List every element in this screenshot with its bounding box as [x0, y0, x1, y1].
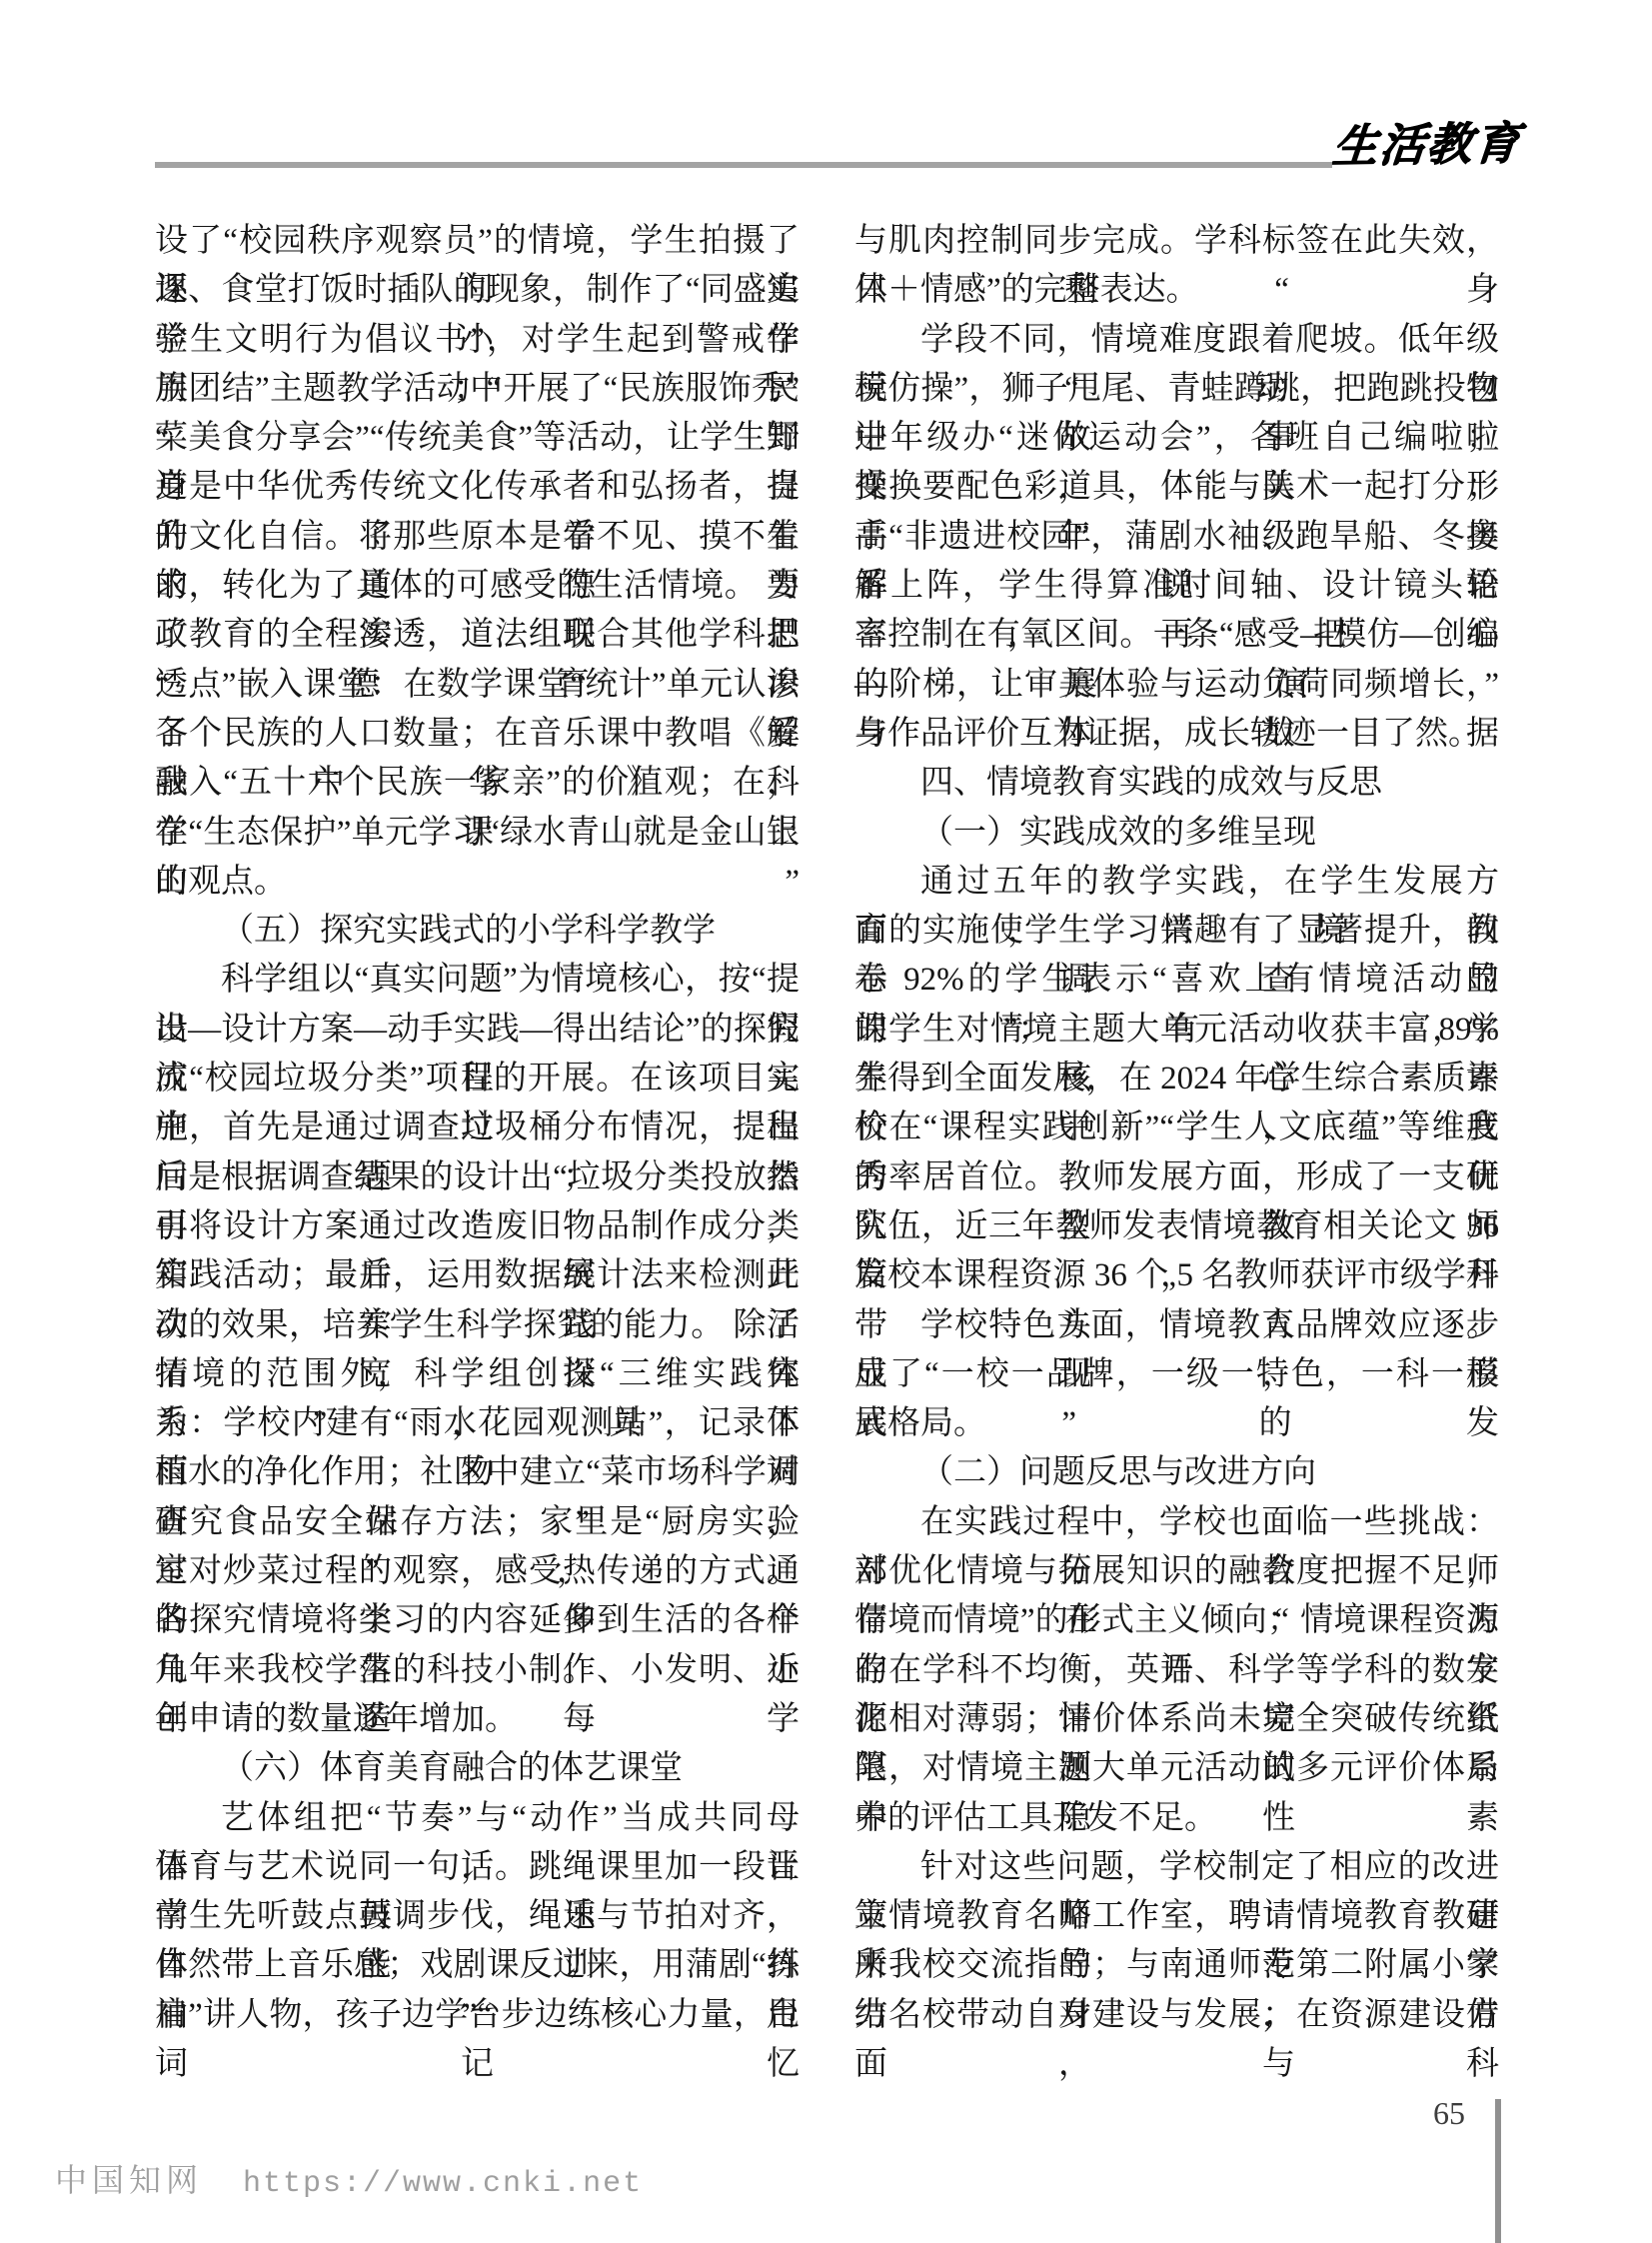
text-line: 设—设计方案—动手实践—得出结论”的探究流程完 [155, 1006, 800, 1055]
text-line: 政教育的全程渗透，道法组联合其他学科把“德育渗 [155, 611, 800, 660]
text-line: 袖”讲人物，孩子边学台步边练核心力量，台词记忆 [155, 1991, 800, 2040]
text-line: 实践活动；最后，运用数据统计法来检测此次实践活 [155, 1251, 800, 1300]
text-line: 情境的范围外，科学组创设“三维实践体系”，具体 [155, 1350, 800, 1399]
text-line: 存在学科不均衡，英语、科学等学科的数字化情境资 [854, 1646, 1499, 1695]
text-line: 发校本课程资源 36 个,5 名教师获评市级学科带头人。 [854, 1251, 1499, 1300]
text-line: 育的实施使学生学习兴趣有了显著提升，问卷调查显 [854, 907, 1499, 956]
text-line: 自然带上音乐感；戏剧课反过来，用蒲剧“抖肩”“甩 [155, 1941, 800, 1990]
text-line: 透点”嵌入课堂：在数学课堂“统计”单元认识了解 [155, 661, 800, 710]
text-line: 秀率居首位。教师发展方面，形成了一支研究型教师 [854, 1153, 1499, 1202]
text-line: （二）问题反思与改进方向 [854, 1448, 1499, 1497]
text-line: 学校特色方面，情境教育品牌效应逐步显现，形 [854, 1301, 1499, 1350]
page-number-bar [1495, 2099, 1501, 2243]
text-line: 几年来我校学生的科技小制作、小发明、小创造每学 [155, 1646, 800, 1695]
text-line: 来我校交流指导；与南通师范第二附属小学结对，借 [854, 1941, 1499, 1990]
text-line: 为：学校内建有“雨水花园观测站”，记录下植物对 [155, 1399, 800, 1448]
text-line: 菜美食分享会”“传统美食”等活动，让学生知道自 [155, 414, 800, 463]
text-line: 养得到全面发展，在 2024 年学生综合素质评价中，我 [854, 1055, 1499, 1104]
text-line: 限，对情境主题大单元活动的多元评价体系中隐性素 [854, 1744, 1499, 1793]
text-line: 艺体组把“节奏”与“动作”当成共同母语，让 [155, 1794, 800, 1843]
text-line: 校在“课程实践创新”“学生人文底蕴”等维度的优 [854, 1104, 1499, 1152]
text-line: 成了“一校一品牌，一级一特色，一科一模式” 的发 [854, 1350, 1499, 1399]
text-line: 率控制在有氧区间。一条“感受—模仿—创编—展演” [854, 611, 1499, 660]
text-line: 的探究情境将学习的内容延伸到生活的各个角落。近 [155, 1596, 800, 1645]
text-line: 再将设计方案通过改造废旧物品制作成分类箱并展开 [155, 1202, 800, 1251]
text-line: 通过五年的教学实践，在学生发展方面，情境教 [854, 858, 1499, 907]
watermark-url: https://www.cnki.net [243, 2167, 643, 2201]
text-line: 在实践过程中，学校也面临一些挑战：部分教师 [854, 1498, 1499, 1547]
text-line: 成“校园垃圾分类”项目的开展。在该项目实施过程 [155, 1055, 800, 1104]
text-line: 队伍，近三年教师发表情境教育相关论文 36 篇，开 [854, 1202, 1499, 1251]
text-line: 科学组以“真实问题”为情境核心，按“提出假 [155, 956, 800, 1005]
text-line: 身是中华优秀传统文化传承者和弘扬者，提升了学生 [155, 463, 800, 512]
text-line: 与作品评价互为证据，成长轨迹一目了然。 [854, 710, 1499, 759]
text-line: 立情境教育名师工作室，聘请情境教育教研所的专家 [854, 1892, 1499, 1941]
watermark-site-name: 中国知网 [55, 2162, 203, 2198]
text-line: 四、情境教育实践的成效与反思 [854, 759, 1499, 808]
text-line: 情境而情境”的形式主义倾向；情境课程资源的开发 [854, 1596, 1499, 1645]
text-line: 研究食品安全保存方法；家里是“厨房实验室”，通 [155, 1498, 800, 1547]
text-line: 各个民族的人口数量；在音乐课中教唱《爱我中华》， [155, 710, 800, 759]
text-line: 后是根据调查结果的设计出“垃圾分类投放指引”， [155, 1153, 800, 1202]
header-rule [155, 162, 1332, 168]
watermark: 中国知网https://www.cnki.net [55, 2155, 643, 2201]
text-line: 体育与艺术说同一句话。跳绳课里加一段晋南鼓乐， [155, 1843, 800, 1892]
text-line: 的阶梯，让审美体验与运动负荷同频增长，身体数据 [854, 661, 1499, 710]
text-line: （一）实践成效的多维呈现 [854, 809, 1499, 858]
text-line: 对优化情境与拓展知识的融合度把握不足，存在“为 [854, 1547, 1499, 1596]
text-line: 中年级办“迷你运动会”，各班自己编啦啦操，队形 [854, 414, 1499, 463]
text-line: 针对这些问题，学校制定了相应的改进策略：建 [854, 1843, 1499, 1892]
text-line: 在“生态保护”单元学习“绿水青山就是金山银山” [155, 809, 800, 858]
text-line: 族团结”主题教学活动中开展了“民族服饰秀”“野 [155, 365, 800, 414]
text-line: 中，首先是通过调查垃圾桶分布情况，提出问题；然 [155, 1104, 800, 1152]
text-line: 学生先听鼓点再调步伐，绳速与节拍对齐，体能训练 [155, 1892, 800, 1941]
text-line: 示 92%的学生表示“喜欢上有情境活动的课”；有 89% [854, 956, 1499, 1005]
text-line: 逐、食堂打饭时插队的现象，制作了“同盛实验小学 [155, 266, 800, 315]
document-page: 生活教育 设了“校园秩序观察员”的情境，学生拍摄了课间追逐、食堂打饭时插队的现象… [0, 0, 1652, 2243]
text-line: 过对炒菜过程的观察，感受热传递的方式。各类多样 [155, 1547, 800, 1596]
text-line: 设了“校园秩序观察员”的情境，学生拍摄了课间追 [155, 217, 800, 266]
text-line: 雨水的净化作用；社区中建立“菜市场科学调查站”， [155, 1448, 800, 1497]
text-line: 与肌肉控制同步完成。学科标签在此失效，只剩“身 [854, 217, 1499, 266]
text-line: 手“非遗进校园”，蒲剧水袖、跑旱船、冬奥解说轮 [854, 513, 1499, 562]
text-line: 学生文明行为倡议书”，对学生起到警戒作用；“民 [155, 316, 800, 365]
text-line: （六）体育美育融合的体艺课堂 [155, 1744, 800, 1793]
text-line: 模仿操”，狮子甩尾、青蛙蹲跳，把跑跳投包进故事； [854, 365, 1499, 414]
text-line: 番上阵，学生得算准时间轴、设计镜头语言，再把心 [854, 562, 1499, 611]
text-line: （五）探究实践式的小学科学教学 [155, 907, 800, 956]
text-column-right: 与肌肉控制同步完成。学科标签在此失效，只剩“身体＋情感”的完整表达。学段不同，情… [854, 217, 1499, 2040]
text-column-left: 设了“校园秩序观察员”的情境，学生拍摄了课间追逐、食堂打饭时插队的现象，制作了“… [155, 217, 800, 2040]
text-line: 求，转化为了具体的可感受的生活情境。 为了实现思 [155, 562, 800, 611]
text-line: 学段不同，情境难度跟着爬坡。低年级玩“动物 [854, 316, 1499, 365]
text-line: 力名校带动自身建设与发展；在资源建设方面，与科 [854, 1991, 1499, 2040]
journal-logo: 生活教育 [1330, 106, 1516, 171]
text-line: 的学生对情境主题大单元活动收获丰富，学生核心素 [854, 1006, 1499, 1055]
text-line: 源相对薄弱；评价体系尚未完全突破传统纸笔测试局 [854, 1695, 1499, 1744]
text-line: 的文化自信。将那些原本是看不见、摸不着的道德要 [155, 513, 800, 562]
text-line: 融入“五十六个民族一家亲”的价值观；在科学课上 [155, 759, 800, 808]
page-number: 65 [1433, 2095, 1465, 2132]
text-line: 动的效果，培养学生科学探究的能力。 除了拓宽探究 [155, 1301, 800, 1350]
text-line: 变换要配色彩道具，体能与美术一起打分；高年级接 [854, 463, 1499, 512]
